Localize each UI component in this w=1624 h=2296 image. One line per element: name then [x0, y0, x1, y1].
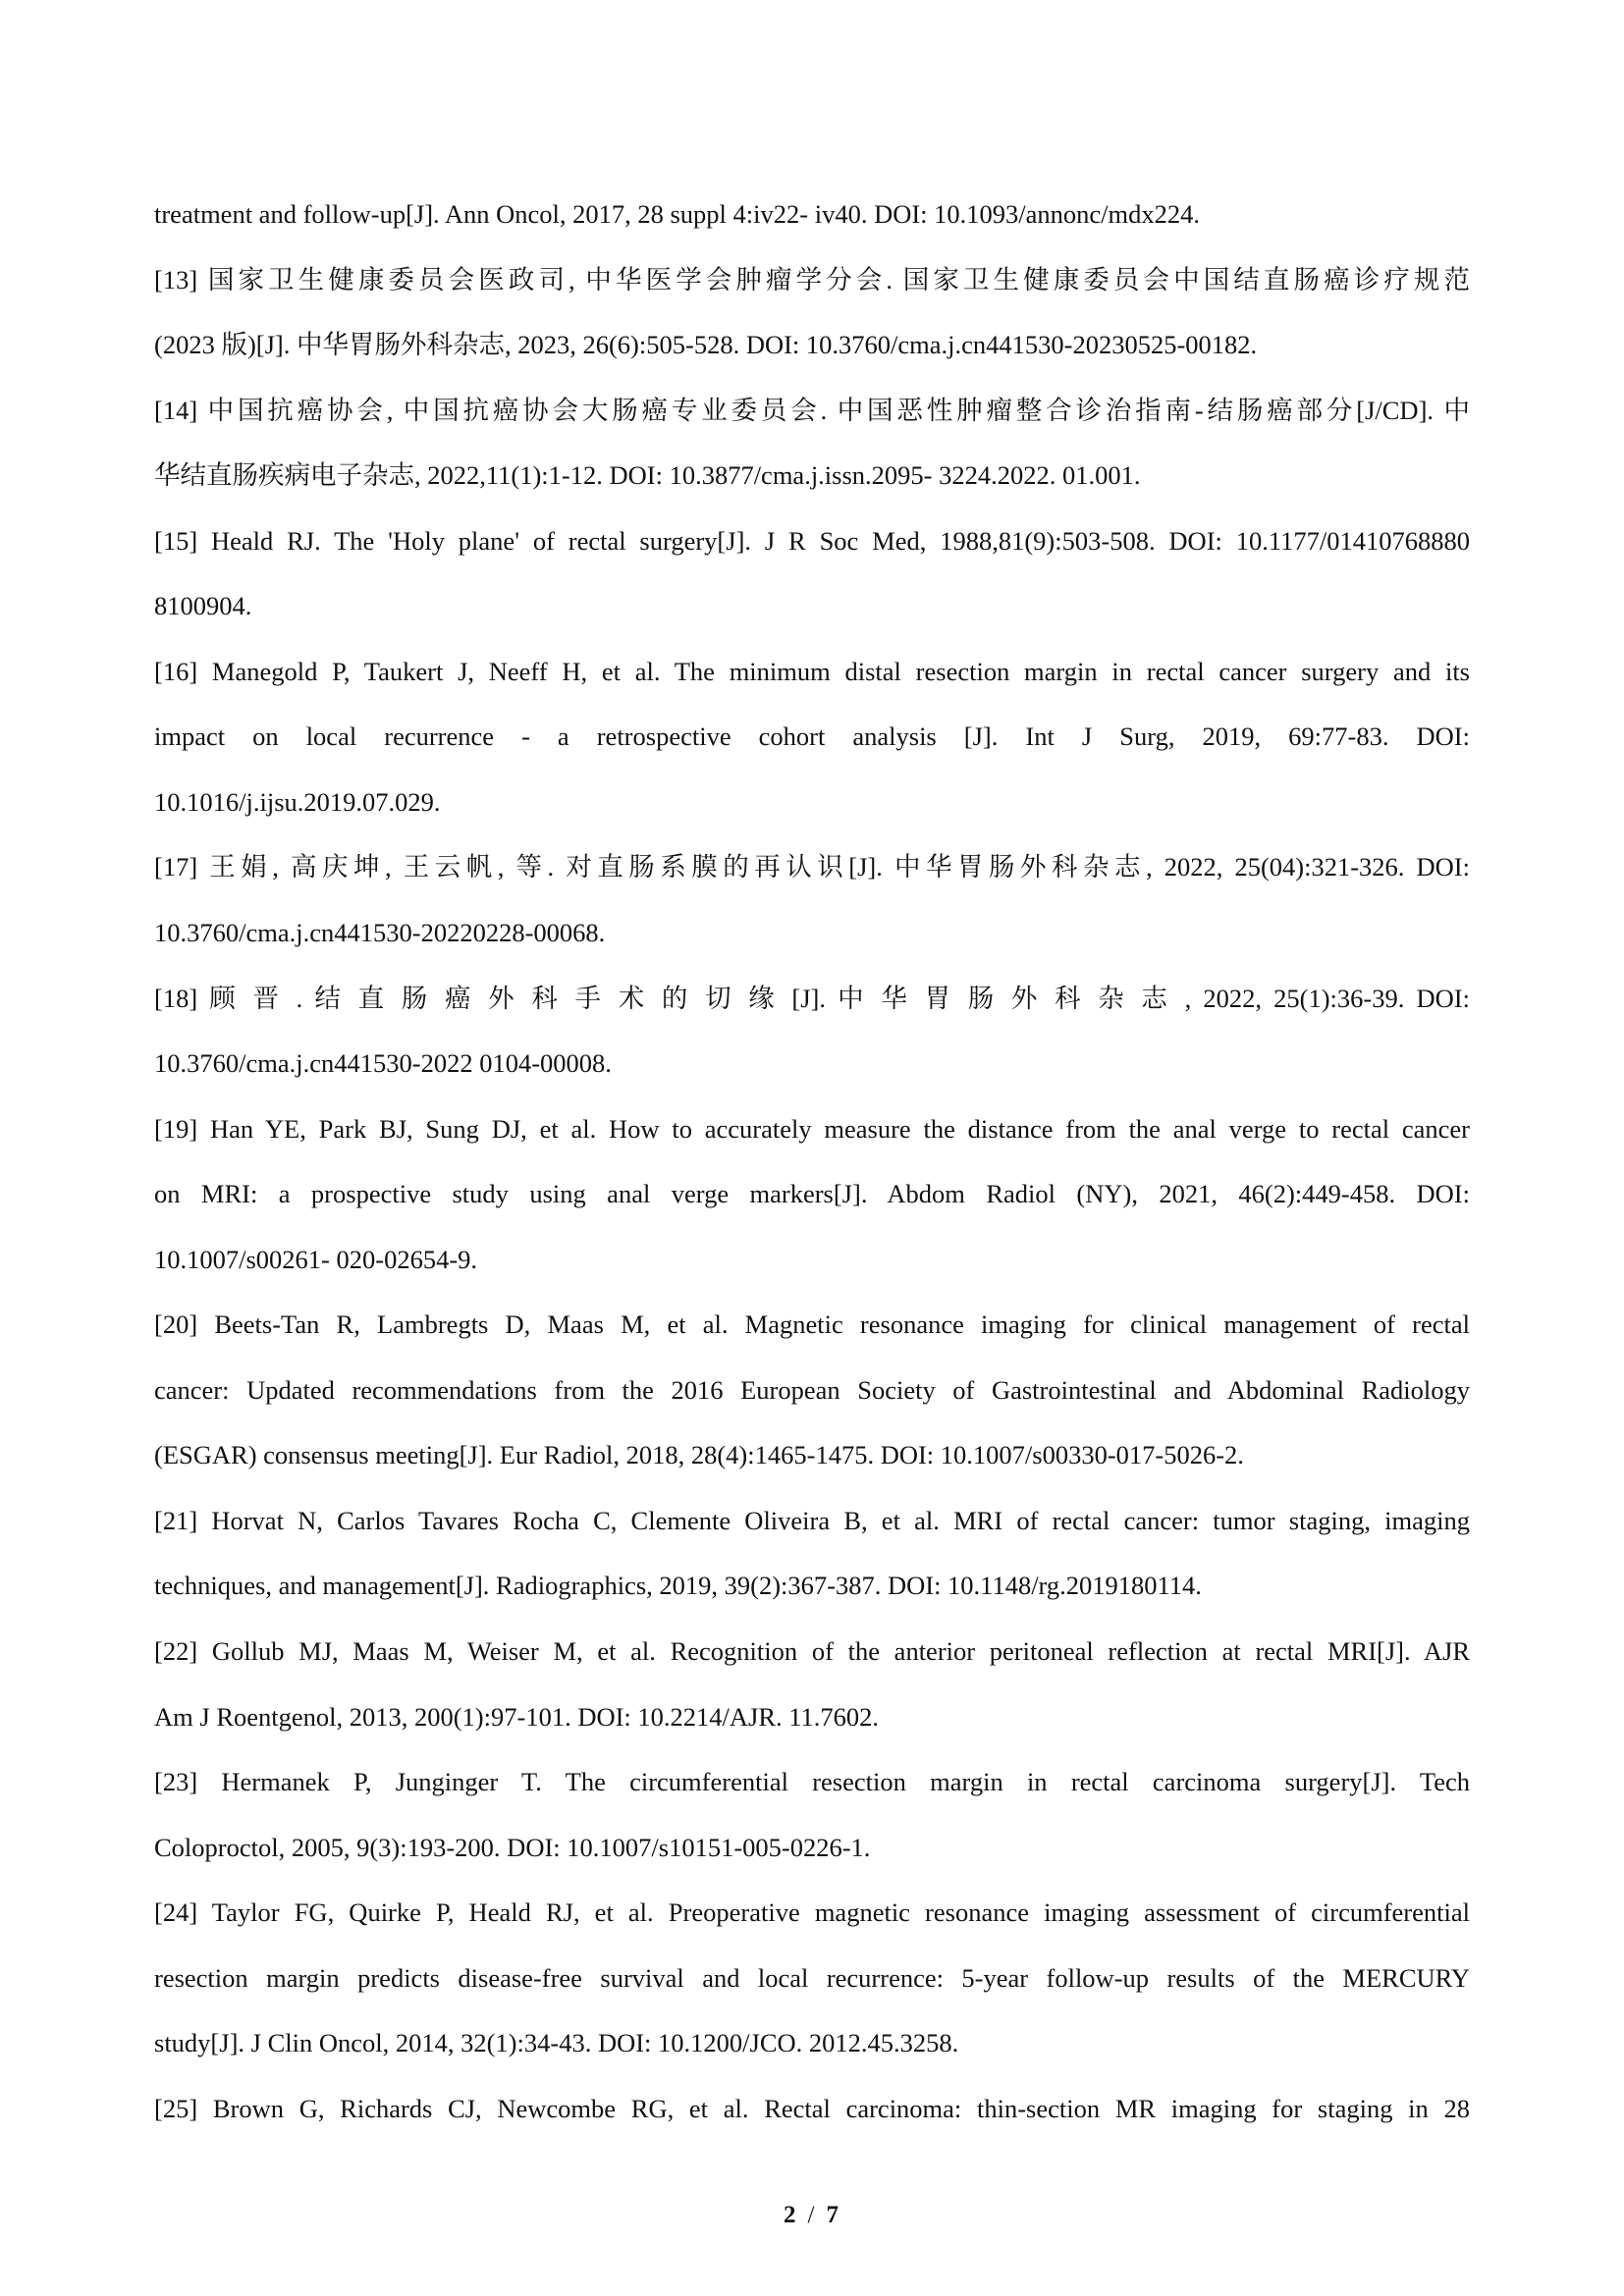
reference-list: treatment and follow-up[J]. Ann Oncol, 2… — [154, 194, 1470, 2154]
reference-line: [22] Gollub MJ, Maas M, Weiser M, et al.… — [154, 1631, 1470, 1697]
reference-line: resection margin predicts disease-free s… — [154, 1958, 1470, 2024]
reference-line: 8100904. — [154, 586, 1470, 652]
page-number: 2/7 — [0, 2202, 1624, 2229]
reference-line: [14] 中国抗癌协会, 中国抗癌协会大肠癌专业委员会. 中国恶性肿瘤整合诊治指… — [154, 391, 1470, 456]
reference-line: 10.1016/j.ijsu.2019.07.029. — [154, 782, 1470, 848]
reference-14: [14] 中国抗癌协会, 中国抗癌协会大肠癌专业委员会. 中国恶性肿瘤整合诊治指… — [154, 391, 1470, 521]
reference-line: 10.1007/s00261- 020-02654-9. — [154, 1240, 1470, 1306]
reference-line: [18] 顾 晋 . 结 直 肠 癌 外 科 手 术 的 切 缘 [J]. 中 … — [154, 979, 1470, 1044]
reference-line: (2023 版)[J]. 中华胃肠外科杂志, 2023, 26(6):505-5… — [154, 325, 1470, 391]
reference-24: [24] Taylor FG, Quirke P, Heald RJ, et a… — [154, 1893, 1470, 2089]
reference-22: [22] Gollub MJ, Maas M, Weiser M, et al.… — [154, 1631, 1470, 1762]
reference-line: 10.3760/cma.j.cn441530-2022 0104-00008. — [154, 1043, 1470, 1109]
reference-line: [24] Taylor FG, Quirke P, Heald RJ, et a… — [154, 1893, 1470, 1958]
reference-line: (ESGAR) consensus meeting[J]. Eur Radiol… — [154, 1435, 1470, 1501]
reference-line: [23] Hermanek P, Junginger T. The circum… — [154, 1762, 1470, 1828]
reference-line: [13] 国家卫生健康委员会医政司, 中华医学会肿瘤学分会. 国家卫生健康委员会… — [154, 260, 1470, 326]
reference-line: [17] 王娟, 高庆坤, 王云帆, 等. 对直肠系膜的再认识[J]. 中华胃肠… — [154, 847, 1470, 913]
reference-25: [25] Brown G, Richards CJ, Newcombe RG, … — [154, 2089, 1470, 2155]
document-page: treatment and follow-up[J]. Ann Oncol, 2… — [0, 0, 1624, 2296]
reference-line: [25] Brown G, Richards CJ, Newcombe RG, … — [154, 2089, 1470, 2155]
page-total: 7 — [826, 2202, 840, 2228]
reference-23: [23] Hermanek P, Junginger T. The circum… — [154, 1762, 1470, 1893]
reference-line: [21] Horvat N, Carlos Tavares Rocha C, C… — [154, 1501, 1470, 1567]
reference-line: 10.3760/cma.j.cn441530-20220228-00068. — [154, 913, 1470, 979]
reference-line: techniques, and management[J]. Radiograp… — [154, 1566, 1470, 1631]
reference-line: [19] Han YE, Park BJ, Sung DJ, et al. Ho… — [154, 1109, 1470, 1175]
reference-18: [18] 顾 晋 . 结 直 肠 癌 外 科 手 术 的 切 缘 [J]. 中 … — [154, 979, 1470, 1109]
reference-line: [15] Heald RJ. The 'Holy plane' of recta… — [154, 521, 1470, 587]
reference-line: on MRI: a prospective study using anal v… — [154, 1174, 1470, 1240]
reference-19: [19] Han YE, Park BJ, Sung DJ, et al. Ho… — [154, 1109, 1470, 1306]
reference-line: 华结直肠疾病电子杂志, 2022,11(1):1-12. DOI: 10.387… — [154, 455, 1470, 521]
reference-15: [15] Heald RJ. The 'Holy plane' of recta… — [154, 521, 1470, 652]
reference-line: impact on local recurrence - a retrospec… — [154, 717, 1470, 782]
reference-12-continued: treatment and follow-up[J]. Ann Oncol, 2… — [154, 194, 1470, 260]
reference-line: study[J]. J Clin Oncol, 2014, 32(1):34-4… — [154, 2023, 1470, 2089]
reference-line: Am J Roentgenol, 2013, 200(1):97-101. DO… — [154, 1697, 1470, 1763]
reference-21: [21] Horvat N, Carlos Tavares Rocha C, C… — [154, 1501, 1470, 1631]
reference-line: treatment and follow-up[J]. Ann Oncol, 2… — [154, 194, 1470, 260]
reference-13: [13] 国家卫生健康委员会医政司, 中华医学会肿瘤学分会. 国家卫生健康委员会… — [154, 260, 1470, 391]
reference-16: [16] Manegold P, Taukert J, Neeff H, et … — [154, 652, 1470, 848]
reference-line: [20] Beets-Tan R, Lambregts D, Maas M, e… — [154, 1305, 1470, 1370]
reference-line: Coloproctol, 2005, 9(3):193-200. DOI: 10… — [154, 1828, 1470, 1894]
reference-line: cancer: Updated recommendations from the… — [154, 1370, 1470, 1436]
reference-17: [17] 王娟, 高庆坤, 王云帆, 等. 对直肠系膜的再认识[J]. 中华胃肠… — [154, 847, 1470, 978]
reference-20: [20] Beets-Tan R, Lambregts D, Maas M, e… — [154, 1305, 1470, 1501]
page-current: 2 — [784, 2202, 798, 2228]
reference-line: [16] Manegold P, Taukert J, Neeff H, et … — [154, 652, 1470, 718]
page-separator: / — [798, 2202, 827, 2228]
